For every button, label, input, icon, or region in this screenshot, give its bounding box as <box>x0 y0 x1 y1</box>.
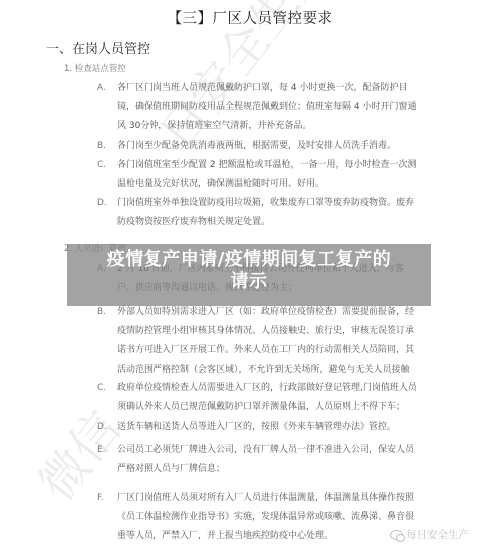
source-watermark-text: 每日安全生产 <box>406 527 469 542</box>
item-marker: D. <box>97 194 115 213</box>
item-line: 疫情防控管理小组审核其身体情况、人员接触史、旅行史，审核无误签订承 <box>117 322 492 341</box>
item-line: 送货车辆和送货人员等进入厂区的，按照《外来车辆管理办法》管控。 <box>117 418 492 437</box>
list-item: D. 门岗值班室外单独设置防疫用垃圾箱，收集废弃口罩等废弃防疫物资。废弃 防疫物… <box>97 194 492 232</box>
subsection-heading: 1. 检查站点管控 <box>64 62 126 74</box>
item-line: 各门岗至少配备免洗消毒液两瓶，根据需要，及时安排人员洗手消毒。 <box>117 137 492 156</box>
item-line: 活动范围严格控制（会客区域），不允许到无关场所，避免与无关人员接触 <box>117 361 492 380</box>
item-line: 各门岗值班室至少配置 2 把额温枪或耳温枪，一备一用，每小时检查一次测 <box>117 156 492 175</box>
item-marker: D. <box>97 418 115 437</box>
item-marker: E. <box>97 441 115 460</box>
item-line: 须确认外来人员已规范佩戴防护口罩并测量体温，人员原则上不得下车； <box>117 398 492 417</box>
item-line: 门岗值班室外单独设置防疫用垃圾箱，收集废弃口罩等废弃防疫物资。废弃 <box>117 194 492 213</box>
item-line: 镜，确保值班期间防疫用品全程规范佩戴到位；值班室每隔 4 小时开门窗通 <box>117 98 492 117</box>
overlay-title-line1: 疫情复产申请/疫情期间复工复产的 <box>67 249 431 271</box>
document-title: 【三】厂区人员管控要求 <box>0 7 500 28</box>
overlay-title: 疫情复产申请/疫情期间复工复产的 请示 <box>67 244 431 293</box>
list-item: D. 送货车辆和送货人员等进入厂区的，按照《外来车辆管理办法》管控。 <box>97 418 492 437</box>
list-item: B. 各门岗至少配备免洗消毒液两瓶，根据需要，及时安排人员洗手消毒。 <box>97 137 492 156</box>
item-marker: C. <box>97 379 115 398</box>
item-marker: A. <box>97 79 115 98</box>
item-line: 各厂区门岗当班人员规范佩戴防护口罩，每 4 小时更换一次，配备防护目 <box>117 79 492 98</box>
list-item: E. 公司员工必须凭厂牌进入公司，没有厂牌人员一律不准进入公司，保安人员 严格对… <box>97 441 492 479</box>
section-heading: 一、在岗人员管控 <box>46 38 150 57</box>
item-line: 诺书方可进入厂区开展工作。外来人员在工厂内的行动需相关人员陪同，其 <box>117 341 492 360</box>
item-line: 温枪电量及完好状况，确保测温枪随时可用、好用。 <box>117 175 492 194</box>
list-item: A. 各厂区门岗当班人员规范佩戴防护口罩，每 4 小时更换一次，配备防护目 镜，… <box>97 79 492 137</box>
document-page: 日安全生产 微信 【三】厂区人员管控要求 一、在岗人员管控 1. 检查站点管控 … <box>0 0 500 552</box>
item-line: 严格对照人员与厂牌信息； <box>117 460 492 479</box>
wechat-icon <box>390 530 403 540</box>
item-marker: F. <box>97 489 115 508</box>
overlay-title-line2: 请示 <box>67 271 431 293</box>
item-line: 防疫物资按医疗废弃物相关规定处置。 <box>117 213 492 232</box>
item-line: 厂区门岗值班人员须对所有入厂人员进行体温测量，体温测量具体操作按照 <box>117 489 492 508</box>
item-line: 政府单位疫情检查人员需要进入厂区的，行政部做好登记管理,门岗值班人员 <box>117 379 492 398</box>
item-marker: B. <box>97 137 115 156</box>
item-marker: C. <box>97 156 115 175</box>
list-item: C. 各门岗值班室至少配置 2 把额温枪或耳温枪，一备一用，每小时检查一次测 温… <box>97 156 492 194</box>
list-item: B. 外部人员如特别需求进入厂区（如：政府单位疫情检查）需要提前报备，经 疫情防… <box>97 303 492 380</box>
list-item: C. 政府单位疫情检查人员需要进入厂区的，行政部做好登记管理,门岗值班人员 须确… <box>97 379 492 417</box>
item-line: 风 30分钟，保持值班室空气清新，并补充备品。 <box>117 117 492 136</box>
source-watermark: 每日安全生产 <box>390 527 469 542</box>
item-line: 《员工体温检测作业指导书》实施，发现体温异常或咳嗽、流鼻涕、鼻音很 <box>117 508 492 527</box>
item-line: 公司员工必须凭厂牌进入公司，没有厂牌人员一律不准进入公司，保安人员 <box>117 441 492 460</box>
